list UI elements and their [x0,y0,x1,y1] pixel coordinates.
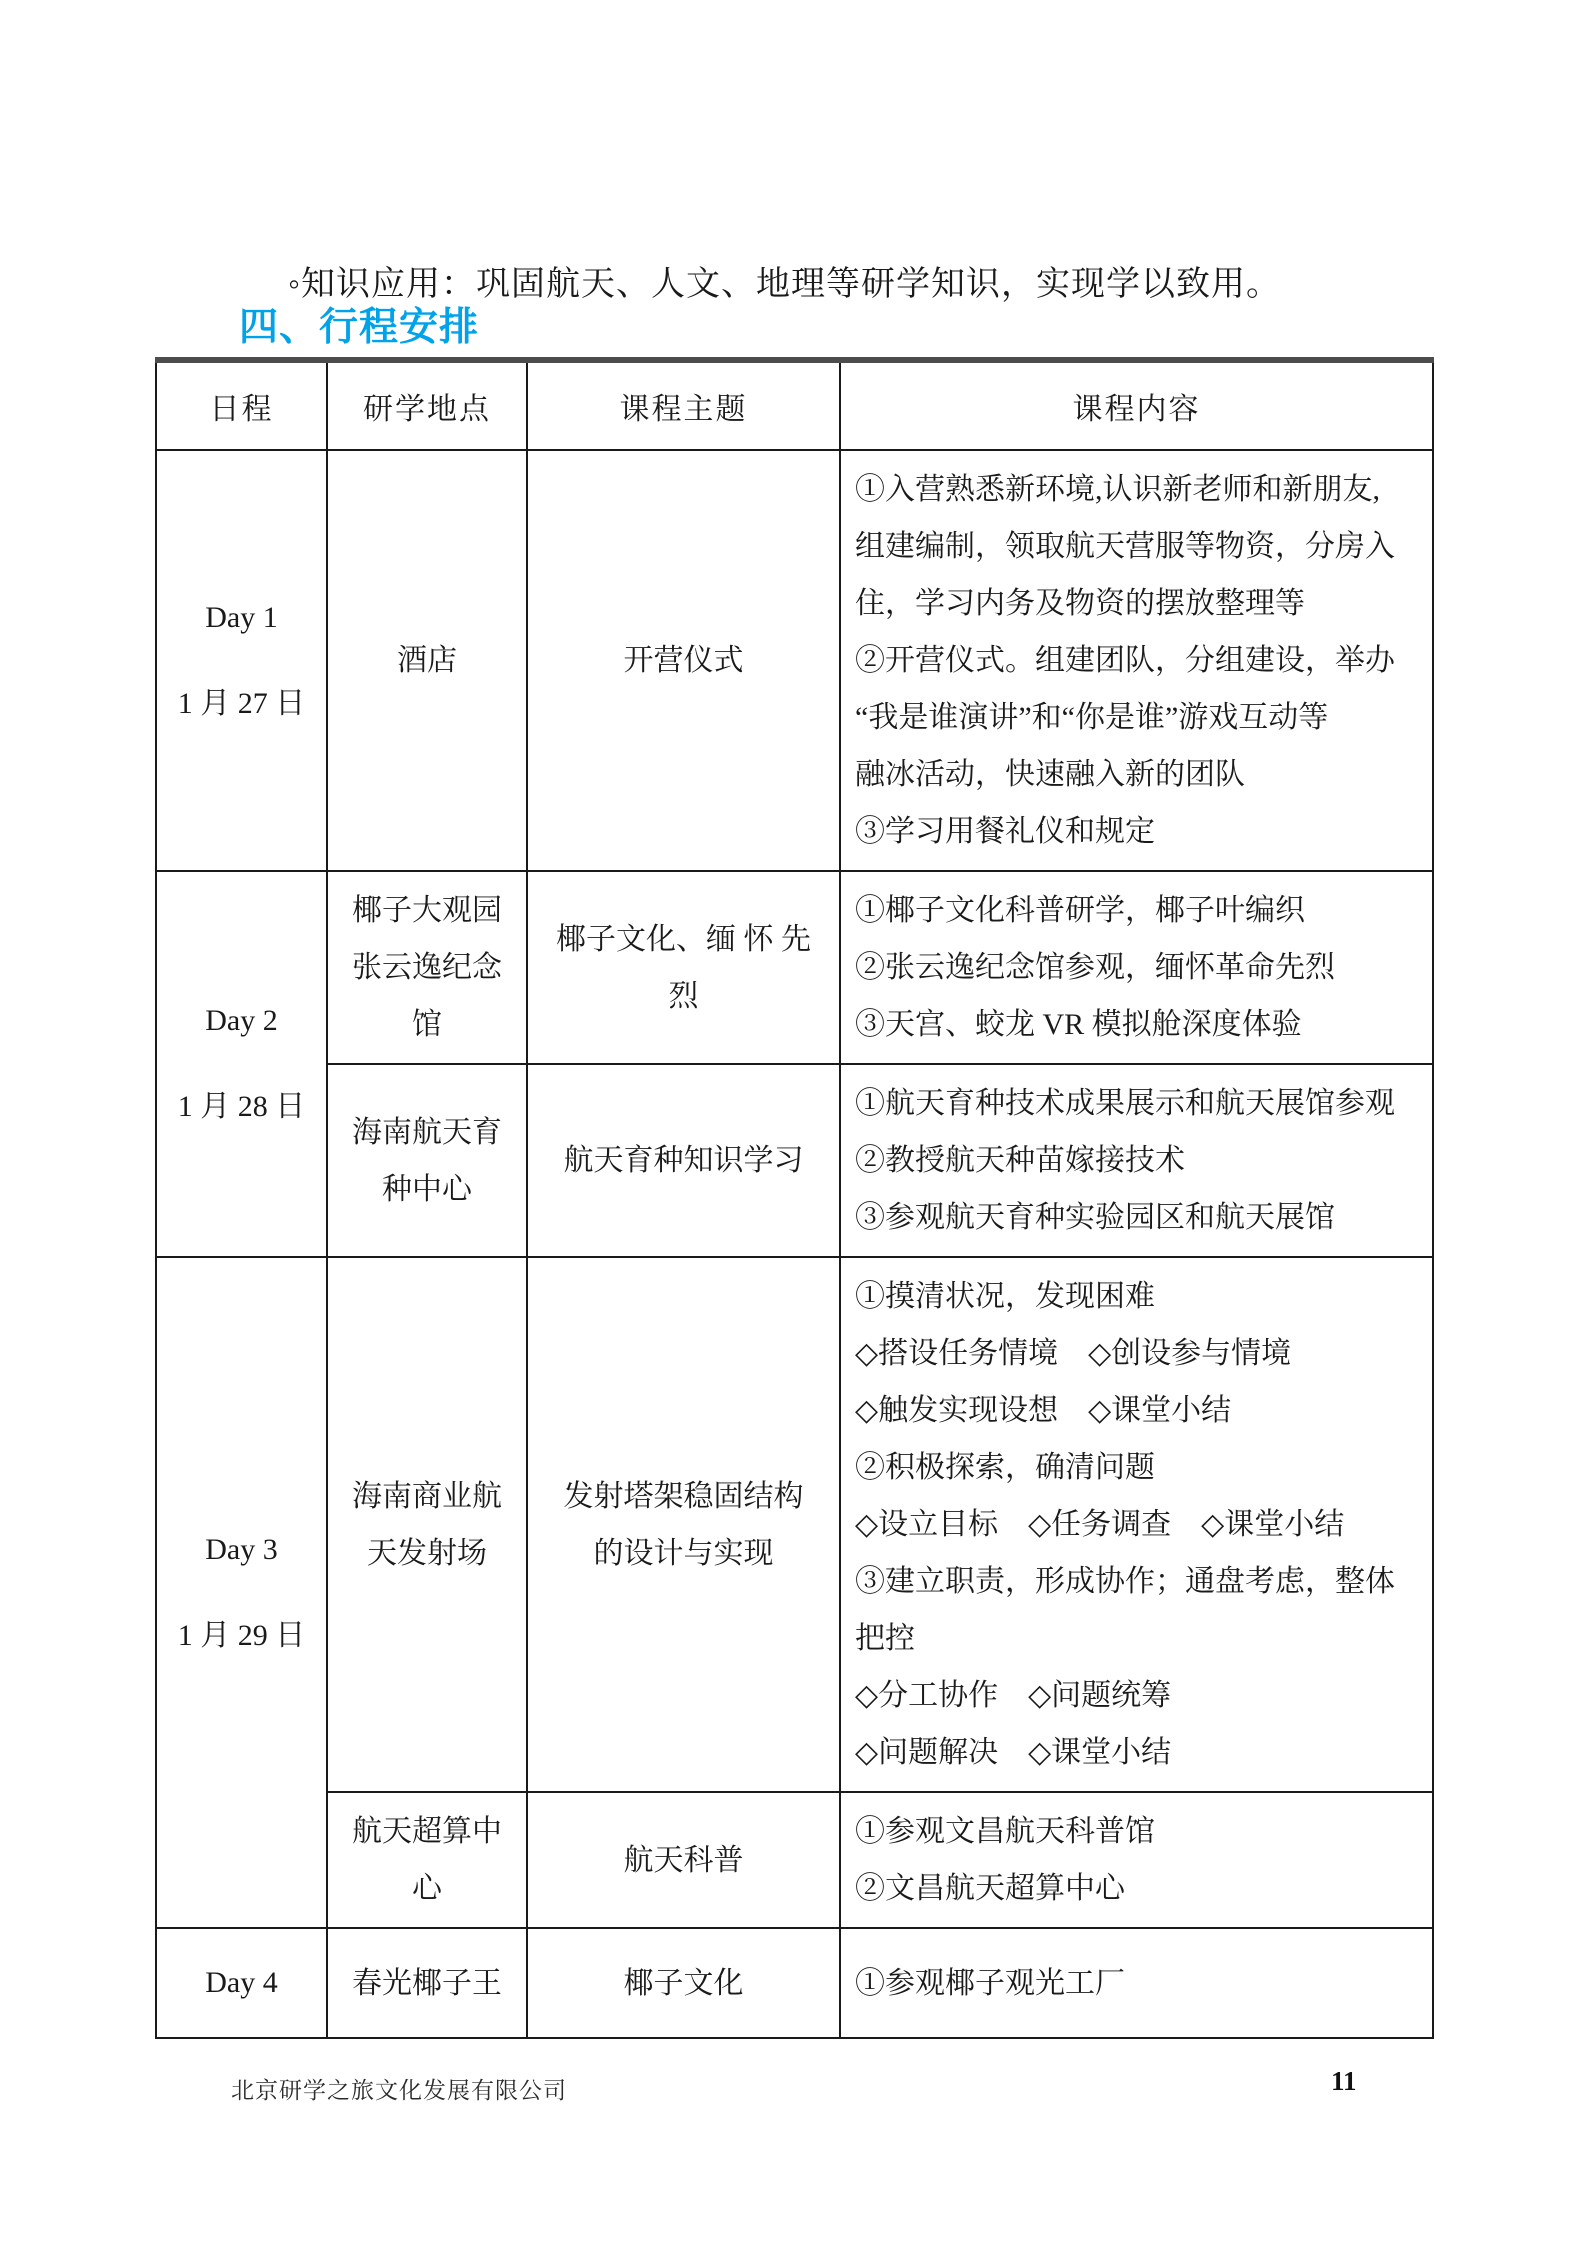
content-cell: ①椰子文化科普研学，椰子叶编织 ②张云逸纪念馆参观，缅怀革命先烈 ③天宫、蛟龙 … [840,871,1433,1064]
day-cell: Day 3 1 月 29 日 [156,1257,327,1928]
location-cell: 海南航天育 种中心 [327,1064,527,1257]
theme-cell: 开营仪式 [527,450,840,871]
page-number: 11 [1331,2066,1357,2097]
header-cell-day: 日程 [156,360,327,450]
content-cell: ①参观椰子观光工厂 [840,1928,1433,2038]
table-row: Day 4 春光椰子王 椰子文化 ①参观椰子观光工厂 [156,1928,1433,2038]
location-cell: 海南商业航 天发射场 [327,1257,527,1792]
location-cell: 航天超算中 心 [327,1792,527,1928]
table-row: Day 3 1 月 29 日 海南商业航 天发射场 发射塔架稳固结构 的设计与实… [156,1257,1433,1792]
table-row: 海南航天育 种中心 航天育种知识学习 ①航天育种技术成果展示和航天展馆参观 ②教… [156,1064,1433,1257]
day-cell: Day 4 [156,1928,327,2038]
header-cell-location: 研学地点 [327,360,527,450]
location-cell: 酒店 [327,450,527,871]
header-cell-theme: 课程主题 [527,360,840,450]
content-cell: ①摸清状况，发现困难 ◇搭设任务情境 ◇创设参与情境 ◇触发实现设想 ◇课堂小结… [840,1257,1433,1792]
theme-cell: 航天育种知识学习 [527,1064,840,1257]
content-cell: ①入营熟悉新环境,认识新老师和新朋友, 组建编制，领取航天营服等物资，分房入 住… [840,450,1433,871]
table-row: Day 1 1 月 27 日 酒店 开营仪式 ①入营熟悉新环境,认识新老师和新朋… [156,450,1433,871]
theme-cell: 椰子文化、缅 怀 先 烈 [527,871,840,1064]
theme-cell: 航天科普 [527,1792,840,1928]
location-cell: 春光椰子王 [327,1928,527,2038]
table-row: 航天超算中 心 航天科普 ①参观文昌航天科普馆 ②文昌航天超算中心 [156,1792,1433,1928]
day-cell: Day 2 1 月 28 日 [156,871,327,1257]
theme-cell: 椰子文化 [527,1928,840,2038]
day-cell: Day 1 1 月 27 日 [156,450,327,871]
header-cell-content: 课程内容 [840,360,1433,450]
section-heading: 四、行程安排 [239,296,479,352]
company-name: 北京研学之旅文化发展有限公司 [231,2072,567,2105]
table-header-row: 日程 研学地点 课程主题 课程内容 [156,360,1433,450]
content-cell: ①参观文昌航天科普馆 ②文昌航天超算中心 [840,1792,1433,1928]
table-row: Day 2 1 月 28 日 椰子大观园 张云逸纪念 馆 椰子文化、缅 怀 先 … [156,871,1433,1064]
content-cell: ①航天育种技术成果展示和航天展馆参观 ②教授航天种苗嫁接技术 ③参观航天育种实验… [840,1064,1433,1257]
document-page: ◦知识应用：巩固航天、人文、地理等研学知识，实现学以致用。 四、行程安排 日程 … [0,0,1587,2245]
itinerary-table: 日程 研学地点 课程主题 课程内容 Day 1 1 月 27 日 酒店 开营仪式… [155,357,1434,2039]
theme-cell: 发射塔架稳固结构 的设计与实现 [527,1257,840,1792]
location-cell: 椰子大观园 张云逸纪念 馆 [327,871,527,1064]
